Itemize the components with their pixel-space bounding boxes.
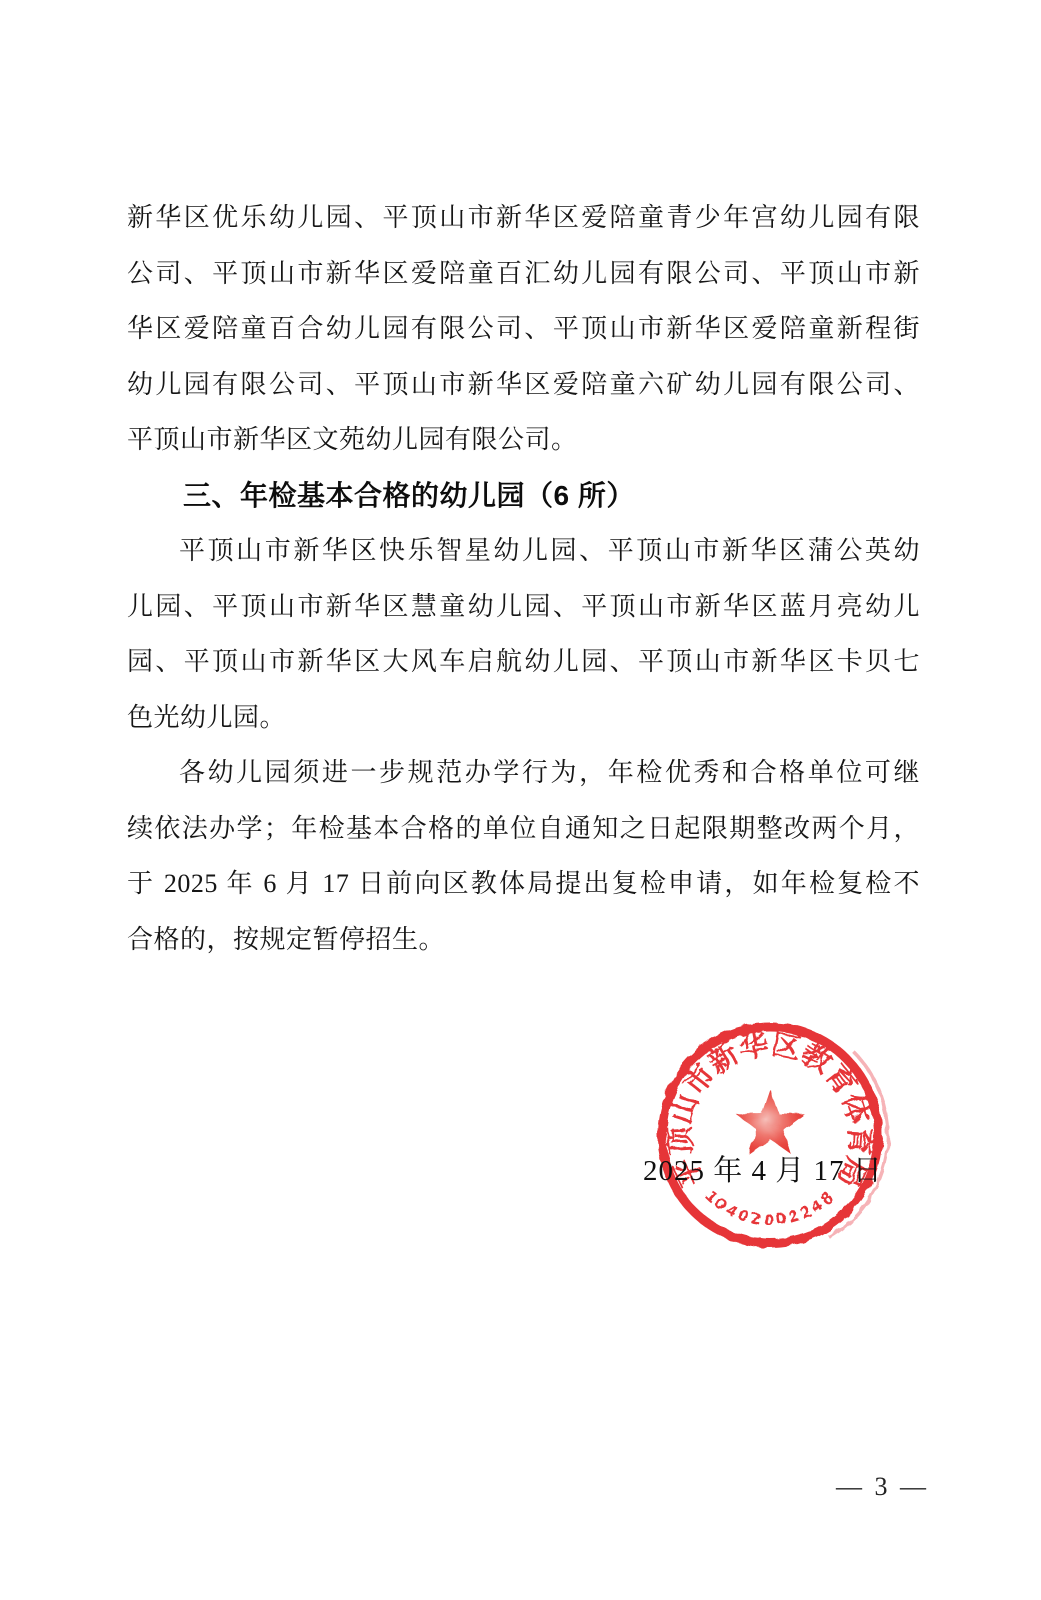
paragraph3-line: 各幼儿园须进一步规范办学行为，年检优秀和合格单位可继 — [127, 745, 920, 801]
page-number: — 3 — — [836, 1472, 929, 1502]
paragraph1-line: 新华区优乐幼儿园、平顶山市新华区爱陪童青少年宫幼儿园有限 — [127, 190, 920, 246]
paragraph3-line: 于 2025 年 6 月 17 日前向区教体局提出复检申请，如年检复检不 — [127, 856, 920, 912]
paragraph3-line: 合格的，按规定暂停招生。 — [127, 912, 920, 968]
paragraph1-line: 平顶山市新华区文苑幼儿园有限公司。 — [127, 412, 920, 468]
section-heading: 三、年检基本合格的幼儿园（6 所） — [127, 468, 920, 524]
official-seal: 平顶山市新华区教育体育局 4104020022480 — [610, 975, 930, 1295]
star-icon — [736, 1089, 805, 1154]
paragraph2-line: 平顶山市新华区快乐智星幼儿园、平顶山市新华区蒲公英幼 — [127, 523, 920, 579]
paragraph1-line: 幼儿园有限公司、平顶山市新华区爱陪童六矿幼儿园有限公司、 — [127, 357, 920, 413]
paragraph2-line: 儿园、平顶山市新华区慧童幼儿园、平顶山市新华区蓝月亮幼儿 — [127, 579, 920, 635]
paragraph2-line: 色光幼儿园。 — [127, 690, 920, 746]
document-page: 新华区优乐幼儿园、平顶山市新华区爱陪童青少年宫幼儿园有限 公司、平顶山市新华区爱… — [0, 0, 1041, 1600]
issue-date: 2025 年 4 月 17 日 — [643, 1151, 883, 1191]
paragraph1-line: 公司、平顶山市新华区爱陪童百汇幼儿园有限公司、平顶山市新 — [127, 246, 920, 302]
document-body: 新华区优乐幼儿园、平顶山市新华区爱陪童青少年宫幼儿园有限 公司、平顶山市新华区爱… — [127, 190, 920, 967]
paragraph2-line: 园、平顶山市新华区大风车启航幼儿园、平顶山市新华区卡贝七 — [127, 634, 920, 690]
paragraph1-line: 华区爱陪童百合幼儿园有限公司、平顶山市新华区爱陪童新程街 — [127, 301, 920, 357]
paragraph3-line: 续依法办学；年检基本合格的单位自通知之日起限期整改两个月， — [127, 801, 920, 857]
